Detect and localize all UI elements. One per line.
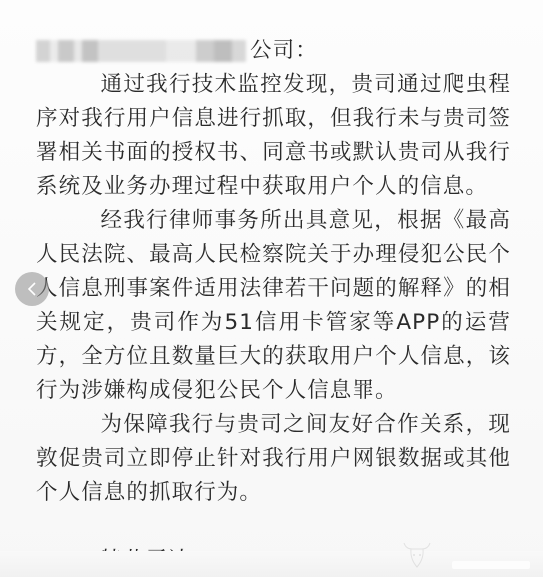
redacted-company-name (36, 40, 246, 62)
document-image: 公司： 通过我行技术监控发现，贵司通过爬虫程序对我行用户信息进行抓取，但我行未与… (0, 0, 543, 577)
watermark-text (452, 561, 530, 569)
paragraph-3: 为保障我行与贵司之间友好合作关系，现敦促贵司立即停止针对我行用户网银数据或其他个… (36, 408, 511, 510)
paragraph-2: 经我行律师事务所出具意见，根据《最高人民法院、最高人民检察院关于办理侵犯公民个人… (36, 204, 511, 408)
paragraph-1: 通过我行技术监控发现，贵司通过爬虫程序对我行用户信息进行抓取，但我行未与贵司签署… (36, 68, 511, 204)
salutation-suffix: 公司： (250, 38, 318, 63)
previous-image-button[interactable] (15, 272, 49, 306)
letter-body: 公司： 通过我行技术监控发现，贵司通过爬虫程序对我行用户信息进行抓取，但我行未与… (36, 34, 511, 577)
chevron-left-icon (25, 281, 39, 297)
bull-head-icon (400, 537, 434, 571)
salutation: 公司： (36, 34, 511, 68)
